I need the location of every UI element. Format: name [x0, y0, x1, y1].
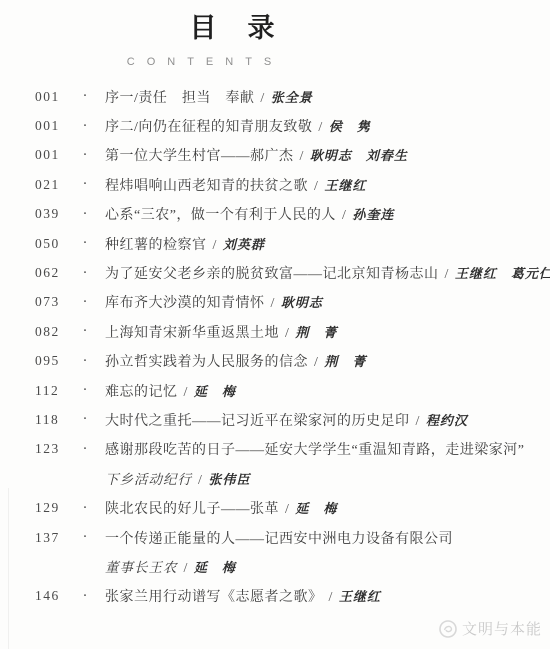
- slash-separator: /: [198, 473, 202, 488]
- bullet-separator: ·: [65, 176, 105, 193]
- entry-text: 上海知青宋新华重返黑土地/荆 菁: [105, 322, 337, 342]
- toc-row: 001 · 序二/向仍在征程的知青朋友致敬/侯 隽: [0, 111, 550, 140]
- entry-title: 库布齐大沙漠的知青情怀: [105, 296, 265, 311]
- entry-text: 种红薯的检察官/刘英群: [105, 234, 265, 254]
- bullet-separator: ·: [65, 294, 105, 311]
- bullet-separator: ·: [65, 441, 105, 458]
- bullet-separator: ·: [65, 265, 105, 282]
- entry-text: 心系“三农”，做一个有利于人民的人/孙奎连: [105, 204, 394, 224]
- entry-title: 程炜唱响山西老知青的扶贫之歌: [105, 179, 308, 194]
- slash-separator: /: [260, 91, 264, 106]
- toc-row: 146 · 张家兰用行动谱写《志愿者之歌》/王继红: [0, 582, 550, 611]
- entry-title: 种红薯的检察官: [105, 238, 207, 253]
- entry-authors: 程约汉: [426, 413, 468, 428]
- slash-separator: /: [213, 238, 217, 253]
- page-subtitle-wrap: CONTENTS: [0, 52, 410, 70]
- toc-row: 039 · 心系“三农”，做一个有利于人民的人/孙奎连: [0, 200, 550, 229]
- entry-text: 孙立哲实践着为人民服务的信念/荆 菁: [105, 351, 366, 371]
- page-number: 001: [35, 118, 65, 134]
- page-number: 123: [35, 441, 65, 457]
- entry-text: 张家兰用行动谱写《志愿者之歌》/王继红: [105, 586, 381, 606]
- entry-text: 一个传递正能量的人——记西安中洲电力设备有限公司: [105, 528, 453, 548]
- page-number: 112: [35, 383, 65, 399]
- bullet-separator: ·: [65, 206, 105, 223]
- toc-row: 129 · 陕北农民的好儿子——张革/延 梅: [0, 493, 550, 522]
- entry-authors: 孙奎连: [352, 207, 394, 222]
- entry-authors: 王继红: [324, 178, 366, 193]
- page-subtitle: CONTENTS: [127, 56, 284, 68]
- toc-row: 001 · 第一位大学生村官——郝广杰/耿明志 刘春生: [0, 141, 550, 170]
- toc-row: 082 · 上海知青宋新华重返黑土地/荆 菁: [0, 317, 550, 346]
- entry-text: 难忘的记忆/延 梅: [105, 381, 236, 401]
- entry-title: 心系“三农”，做一个有利于人民的人: [105, 208, 336, 223]
- entry-title: 张家兰用行动谱写《志愿者之歌》: [105, 590, 323, 605]
- page-number: 082: [35, 324, 65, 340]
- toc-row: 112 · 难忘的记忆/延 梅: [0, 376, 550, 405]
- toc-row: 062 · 为了延安父老乡亲的脱贫致富——记北京知青杨志山/王继红 葛元仁: [0, 258, 550, 287]
- entry-title: 孙立哲实践着为人民服务的信念: [105, 355, 308, 370]
- page-number: 137: [35, 530, 65, 546]
- slash-separator: /: [318, 120, 322, 135]
- entry-title: 陕北农民的好儿子——张革: [105, 502, 279, 517]
- entry-title: 下乡活动纪行: [105, 472, 192, 487]
- slash-separator: /: [184, 561, 188, 576]
- slash-separator: /: [285, 502, 289, 517]
- bullet-separator: ·: [65, 323, 105, 340]
- entry-title: 为了延安父老乡亲的脱贫致富——记北京知青杨志山: [105, 267, 439, 282]
- entry-authors: 张伟臣: [208, 472, 250, 487]
- entry-text: 大时代之重托——记习近平在梁家河的历史足印/程约汉: [105, 410, 468, 430]
- entry-text: 董事长王农/延 梅: [105, 556, 236, 577]
- bullet-separator: ·: [65, 382, 105, 399]
- slash-separator: /: [416, 414, 420, 429]
- entry-authors: 延 梅: [194, 384, 236, 399]
- page-number: 050: [35, 236, 65, 252]
- bullet-separator: ·: [65, 529, 105, 546]
- bullet-separator: ·: [65, 500, 105, 517]
- entry-title: 序二/向仍在征程的知青朋友致敬: [105, 120, 312, 135]
- toc-list: 001 · 序一/责任 担当 奉献/张全景 001 · 序二/向仍在征程的知青朋…: [0, 82, 550, 611]
- page-number: 095: [35, 353, 65, 369]
- bullet-separator: ·: [65, 588, 105, 605]
- entry-text: 库布齐大沙漠的知青情怀/耿明志: [105, 292, 323, 312]
- entry-text: 感谢那段吃苦的日子——延安大学学生“重温知青路，走进梁家河”: [105, 439, 524, 459]
- toc-row: 095 · 孙立哲实践着为人民服务的信念/荆 菁: [0, 347, 550, 376]
- entry-authors: 侯 隽: [329, 119, 371, 134]
- page-number: 073: [35, 294, 65, 310]
- entry-title: 难忘的记忆: [105, 385, 178, 400]
- page-number: 062: [35, 265, 65, 281]
- toc-row: 073 · 库布齐大沙漠的知青情怀/耿明志: [0, 288, 550, 317]
- entry-text: 下乡活动纪行/张伟臣: [105, 468, 250, 489]
- entry-text: 序二/向仍在征程的知青朋友致敬/侯 隽: [105, 116, 371, 136]
- slash-separator: /: [329, 590, 333, 605]
- entry-text: 序一/责任 担当 奉献/张全景: [105, 87, 313, 107]
- entry-authors: 延 梅: [295, 501, 337, 516]
- page-title: 目 录: [0, 12, 466, 44]
- toc-row: 021 · 程炜唱响山西老知青的扶贫之歌/王继红: [0, 170, 550, 199]
- toc-row-continuation: 董事长王农/延 梅: [0, 552, 550, 581]
- entry-authors: 耿明志 刘春生: [310, 148, 408, 163]
- bullet-separator: ·: [65, 88, 105, 105]
- slash-separator: /: [314, 355, 318, 370]
- bullet-separator: ·: [65, 147, 105, 164]
- entry-title: 上海知青宋新华重返黑土地: [105, 326, 279, 341]
- entry-authors: 耿明志: [281, 295, 323, 310]
- toc-row: 001 · 序一/责任 担当 奉献/张全景: [0, 82, 550, 111]
- bullet-separator: ·: [65, 235, 105, 252]
- entry-authors: 张全景: [271, 90, 313, 105]
- slash-separator: /: [184, 385, 188, 400]
- entry-title: 第一位大学生村官——郝广杰: [105, 149, 294, 164]
- entry-authors: 王继红 葛元仁: [455, 266, 550, 281]
- entry-text: 陕北农民的好儿子——张革/延 梅: [105, 498, 337, 518]
- page-number: 118: [35, 412, 65, 428]
- slash-separator: /: [445, 267, 449, 282]
- slash-separator: /: [300, 149, 304, 164]
- slash-separator: /: [271, 296, 275, 311]
- entry-title: 感谢那段吃苦的日子——延安大学学生“重温知青路，走进梁家河”: [105, 443, 524, 458]
- slash-separator: /: [314, 179, 318, 194]
- slash-separator: /: [342, 208, 346, 223]
- bullet-separator: ·: [65, 118, 105, 135]
- entry-text: 为了延安父老乡亲的脱贫致富——记北京知青杨志山/王继红 葛元仁: [105, 263, 550, 283]
- entry-authors: 延 梅: [194, 560, 236, 575]
- entry-authors: 荆 菁: [324, 354, 366, 369]
- entry-text: 程炜唱响山西老知青的扶贫之歌/王继红: [105, 175, 366, 195]
- bullet-separator: ·: [65, 411, 105, 428]
- entry-title: 大时代之重托——记习近平在梁家河的历史足印: [105, 414, 410, 429]
- watermark-label: 文明与本能: [462, 618, 542, 639]
- page-number: 021: [35, 177, 65, 193]
- entry-authors: 刘英群: [223, 237, 265, 252]
- swirl-logo-icon: [438, 619, 458, 639]
- toc-row: 118 · 大时代之重托——记习近平在梁家河的历史足印/程约汉: [0, 405, 550, 434]
- toc-row: 123 · 感谢那段吃苦的日子——延安大学学生“重温知青路，走进梁家河”: [0, 435, 550, 464]
- page-number: 001: [35, 147, 65, 163]
- entry-title: 董事长王农: [105, 560, 178, 575]
- bullet-separator: ·: [65, 353, 105, 370]
- page-number: 146: [35, 588, 65, 604]
- page-number: 039: [35, 206, 65, 222]
- toc-row: 050 · 种红薯的检察官/刘英群: [0, 229, 550, 258]
- toc-row: 137 · 一个传递正能量的人——记西安中洲电力设备有限公司: [0, 523, 550, 552]
- entry-title: 一个传递正能量的人——记西安中洲电力设备有限公司: [105, 532, 453, 547]
- page-header: 目 录: [0, 12, 466, 44]
- entry-title: 序一/责任 担当 奉献: [105, 91, 254, 106]
- watermark: 文明与本能: [438, 618, 542, 639]
- page-number: 129: [35, 500, 65, 516]
- entry-text: 第一位大学生村官——郝广杰/耿明志 刘春生: [105, 145, 408, 165]
- scan-edge-line: [8, 488, 9, 649]
- entry-authors: 王继红: [339, 589, 381, 604]
- slash-separator: /: [285, 326, 289, 341]
- toc-row-continuation: 下乡活动纪行/张伟臣: [0, 464, 550, 493]
- page-number: 001: [35, 89, 65, 105]
- entry-authors: 荆 菁: [295, 325, 337, 340]
